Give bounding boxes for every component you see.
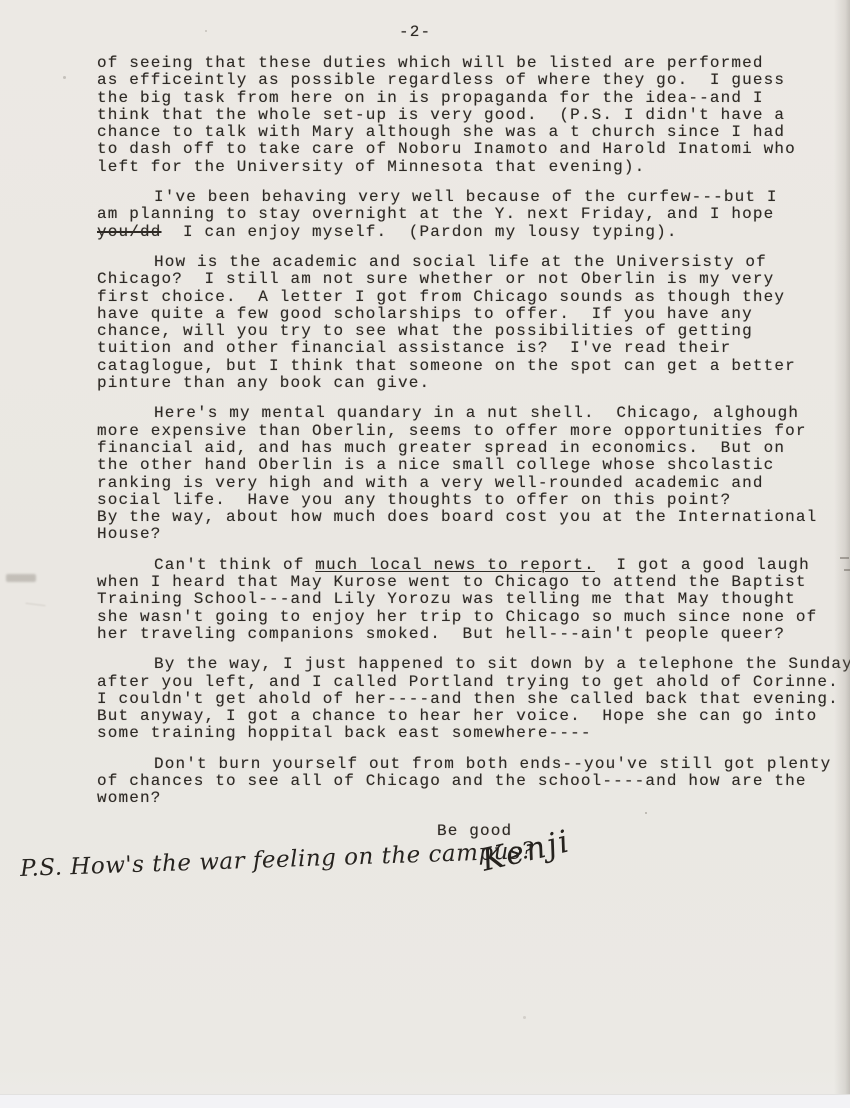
handwritten-postscript: P.S. How's the war feeling on the campus… <box>20 838 535 882</box>
letter-line: left for the University of Minnesota tha… <box>97 159 837 176</box>
scanned-letter-page: -2- of seeing that these duties which wi… <box>0 0 850 1108</box>
text-run: Don't burn yourself out from both ends--… <box>154 755 831 773</box>
letter-line: pinture than any book can give. <box>97 375 837 392</box>
text-run: left for the University of Minnesota tha… <box>97 158 645 176</box>
text-run: Chicago? I still am not sure whether or … <box>97 270 774 288</box>
page-number: -2- <box>399 23 431 41</box>
text-run: the big task from here on in is propagan… <box>97 89 764 107</box>
text-run: But anyway, I got a chance to hear her v… <box>97 707 817 725</box>
letter-line: Here's my mental quandary in a nut shell… <box>97 405 837 422</box>
paper-smudge <box>6 574 36 582</box>
text-run: I can enjoy myself. (Pardon my lousy typ… <box>162 223 678 241</box>
letter-line: Training School---and Lily Yorozu was te… <box>97 591 837 608</box>
text-run: when I heard that May Kurose went to Chi… <box>97 573 807 591</box>
text-run: financial aid, and has much greater spre… <box>97 439 785 457</box>
letter-line: have quite a few good scholarships to of… <box>97 306 837 323</box>
paragraph-3: How is the academic and social life at t… <box>97 254 837 392</box>
text-run: chance to talk with Mary although she wa… <box>97 123 785 141</box>
letter-line: social life. Have you any thoughts to of… <box>97 492 837 509</box>
letter-line: to dash off to take care of Noboru Inamo… <box>97 141 837 158</box>
text-run: cataglogue, but I think that someone on … <box>97 357 796 375</box>
letter-line: the big task from here on in is propagan… <box>97 90 837 107</box>
letter-line: tuition and other financial assistance i… <box>97 340 837 357</box>
paragraph-6: By the way, I just happened to sit down … <box>97 656 837 742</box>
text-run: think that the whole set-up is very good… <box>97 106 785 124</box>
text-run: am planning to stay overnight at the Y. … <box>97 205 774 223</box>
letter-line: But anyway, I got a chance to hear her v… <box>97 708 837 725</box>
letter-line: By the way, about how much does board co… <box>97 509 837 526</box>
text-run: social life. Have you any thoughts to of… <box>97 491 731 509</box>
text-run: the other hand Oberlin is a nice small c… <box>97 456 774 474</box>
letter-line: Chicago? I still am not sure whether or … <box>97 271 837 288</box>
letter-body: of seeing that these duties which will b… <box>97 55 837 808</box>
letter-line: her traveling companions smoked. But hel… <box>97 626 837 643</box>
letter-line: of seeing that these duties which will b… <box>97 55 837 72</box>
letter-line: when I heard that May Kurose went to Chi… <box>97 574 837 591</box>
letter-line: I've been behaving very well because of … <box>97 189 837 206</box>
text-run: as efficeintly as possible regardless of… <box>97 71 785 89</box>
paragraph-2: I've been behaving very well because of … <box>97 189 837 241</box>
letter-line: am planning to stay overnight at the Y. … <box>97 206 837 223</box>
letter-line: the other hand Oberlin is a nice small c… <box>97 457 837 474</box>
text-run: Can't think of <box>154 556 315 574</box>
paragraph-4: Here's my mental quandary in a nut shell… <box>97 405 837 543</box>
paper-smudge <box>26 595 47 606</box>
paper-speck <box>205 30 207 32</box>
letter-line: Can't think of much local news to report… <box>97 557 837 574</box>
letter-line: you/dd I can enjoy myself. (Pardon my lo… <box>97 224 837 241</box>
text-run: How is the academic and social life at t… <box>154 253 767 271</box>
paragraph-1: of seeing that these duties which will b… <box>97 55 837 176</box>
text-run: have quite a few good scholarships to of… <box>97 305 753 323</box>
letter-line: as efficeintly as possible regardless of… <box>97 72 837 89</box>
underlined-text: much local news to report. <box>315 556 595 574</box>
text-run: pinture than any book can give. <box>97 374 430 392</box>
scan-bottom-strip <box>0 1094 850 1108</box>
letter-line: more expensive than Oberlin, seems to of… <box>97 423 837 440</box>
text-run: By the way, I just happened to sit down … <box>154 655 850 673</box>
scan-right-edge-shadow <box>834 0 850 1108</box>
text-run: some training hoppital back east somewhe… <box>97 724 592 742</box>
text-run: more expensive than Oberlin, seems to of… <box>97 422 807 440</box>
text-run: House? <box>97 525 162 543</box>
paper-speck <box>645 812 647 814</box>
letter-line: think that the whole set-up is very good… <box>97 107 837 124</box>
text-run: I couldn't get ahold of her----and then … <box>97 690 839 708</box>
text-run: By the way, about how much does board co… <box>97 508 817 526</box>
text-run: women? <box>97 789 162 807</box>
text-run: after you left, and I called Portland tr… <box>97 673 839 691</box>
letter-line: By the way, I just happened to sit down … <box>97 656 837 673</box>
paper-speck <box>523 1016 526 1019</box>
letter-line: Don't burn yourself out from both ends--… <box>97 756 837 773</box>
text-run: she wasn't going to enjoy her trip to Ch… <box>97 608 817 626</box>
text-run: I got a good laugh <box>595 556 810 574</box>
text-run: to dash off to take care of Noboru Inamo… <box>97 140 796 158</box>
text-run: chance, will you try to see what the pos… <box>97 322 753 340</box>
letter-line: House? <box>97 526 837 543</box>
text-run: I've been behaving very well because of … <box>154 188 778 206</box>
paper-speck <box>63 76 66 79</box>
letter-line: some training hoppital back east somewhe… <box>97 725 837 742</box>
letter-line: after you left, and I called Portland tr… <box>97 674 837 691</box>
text-run: her traveling companions smoked. But hel… <box>97 625 785 643</box>
text-run: Training School---and Lily Yorozu was te… <box>97 590 796 608</box>
letter-line: women? <box>97 790 837 807</box>
letter-line: chance to talk with Mary although she wa… <box>97 124 837 141</box>
letter-line: I couldn't get ahold of her----and then … <box>97 691 837 708</box>
letter-line: of chances to see all of Chicago and the… <box>97 773 837 790</box>
text-run: first choice. A letter I got from Chicag… <box>97 288 785 306</box>
text-run: of seeing that these duties which will b… <box>97 54 764 72</box>
letter-line: cataglogue, but I think that someone on … <box>97 358 837 375</box>
letter-line: she wasn't going to enjoy her trip to Ch… <box>97 609 837 626</box>
text-run: ranking is very high and with a very wel… <box>97 474 764 492</box>
letter-line: financial aid, and has much greater spre… <box>97 440 837 457</box>
text-run: tuition and other financial assistance i… <box>97 339 731 357</box>
letter-line: first choice. A letter I got from Chicag… <box>97 289 837 306</box>
paragraph-7: Don't burn yourself out from both ends--… <box>97 756 837 808</box>
paragraph-5: Can't think of much local news to report… <box>97 557 837 643</box>
letter-line: chance, will you try to see what the pos… <box>97 323 837 340</box>
text-run: Here's my mental quandary in a nut shell… <box>154 404 799 422</box>
struck-out-text: you/dd <box>97 223 162 241</box>
text-run: of chances to see all of Chicago and the… <box>97 772 807 790</box>
letter-line: ranking is very high and with a very wel… <box>97 475 837 492</box>
letter-line: How is the academic and social life at t… <box>97 254 837 271</box>
